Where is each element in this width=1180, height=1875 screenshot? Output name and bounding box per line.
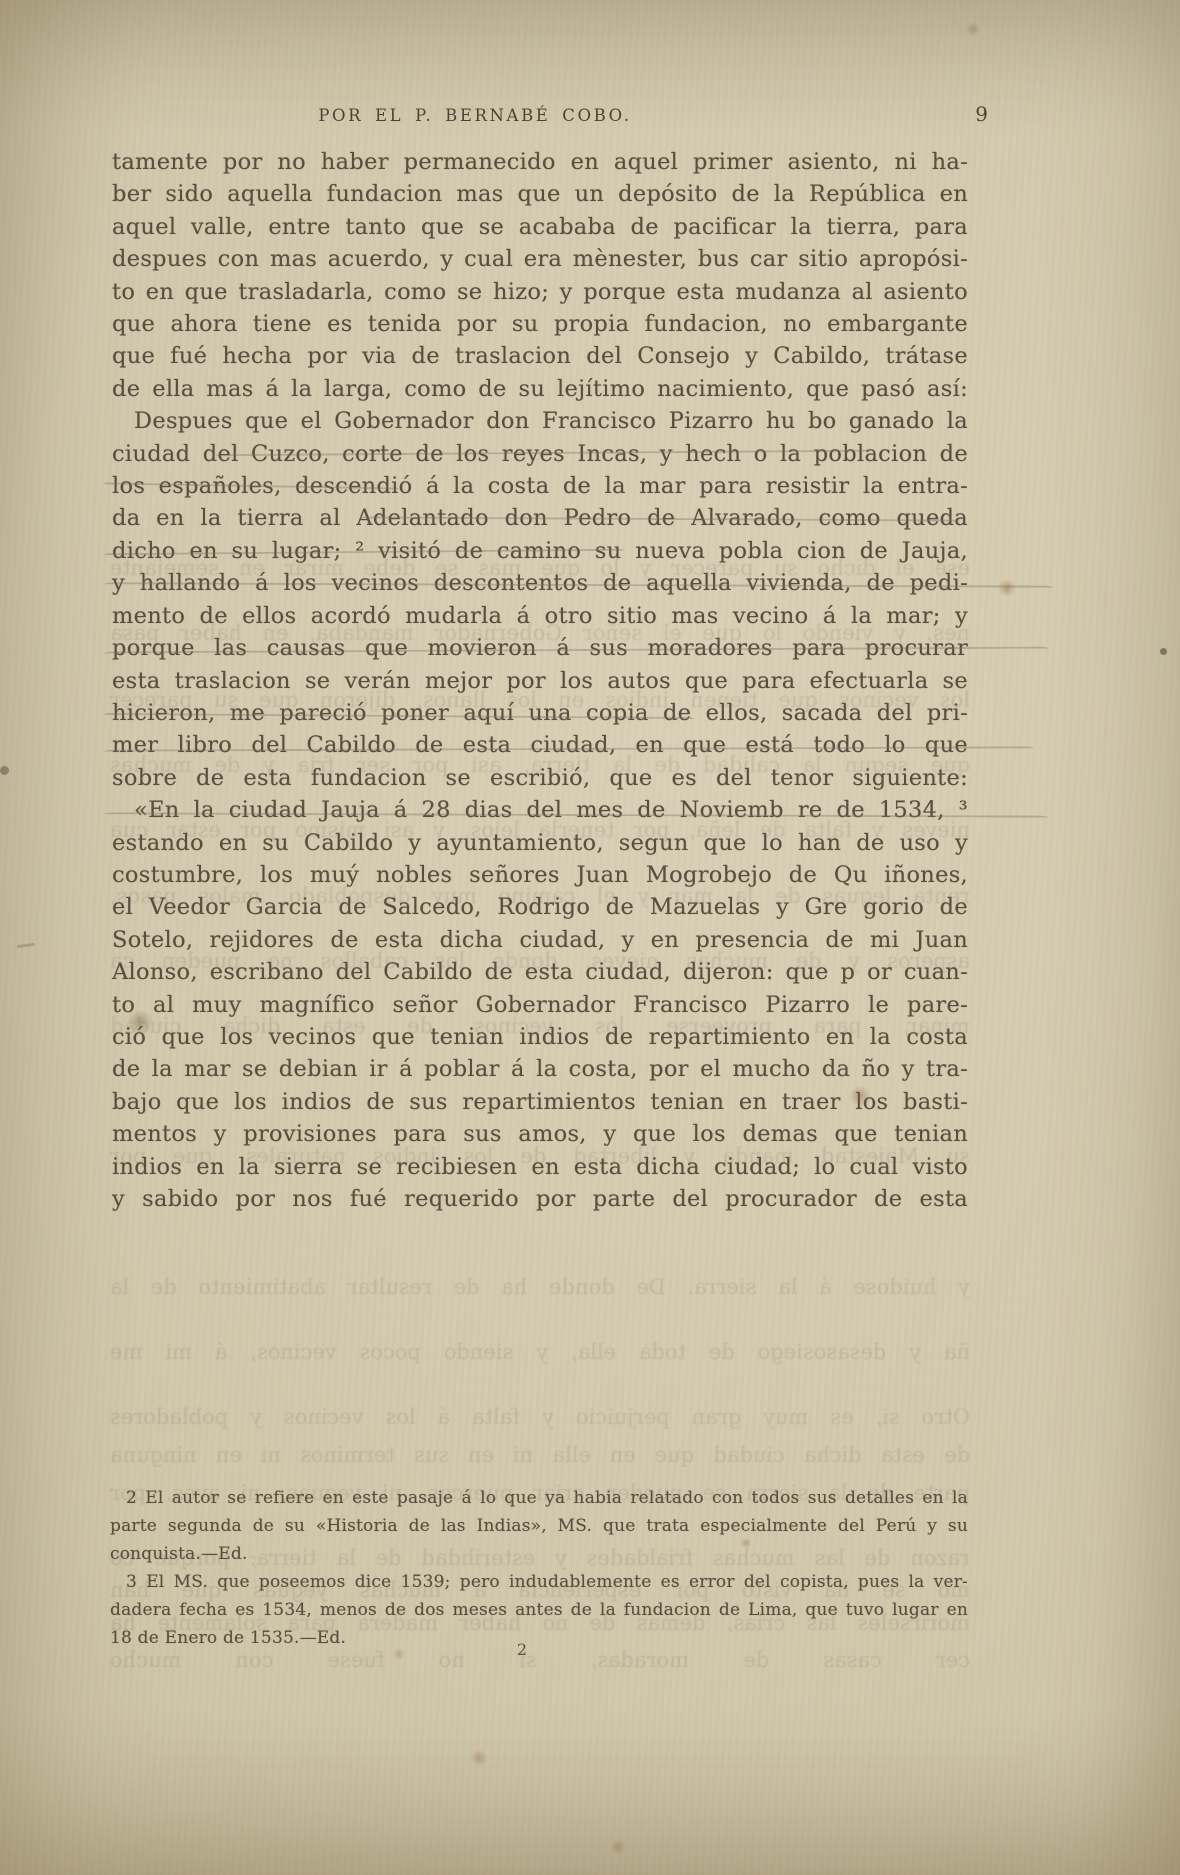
- text-line: estando en su Cabildo y ayuntamiento, se…: [112, 827, 968, 859]
- text-line: Alonso, escribano del Cabildo de esta ci…: [112, 956, 968, 988]
- ink-fleck: [0, 766, 9, 775]
- footnotes: 2 El autor se refiere en este pasaje á l…: [110, 1484, 968, 1652]
- show-through-line: Otro si, es muy gran perjuicio y falta á…: [110, 1405, 970, 1429]
- text-line: porque las causas que movieron á sus mor…: [112, 632, 968, 664]
- running-header: POR EL P. BERNABÉ COBO. 9: [0, 102, 1180, 128]
- text-line: to al muy magnífico señor Gobernador Fra…: [112, 989, 968, 1021]
- footnote: 2 El autor se refiere en este pasaje á l…: [110, 1484, 968, 1568]
- text-line: mer libro del Cabildo de esta ciudad, en…: [112, 729, 968, 761]
- text-line: ciudad del Cuzco, corte de los reyes Inc…: [112, 438, 968, 470]
- text-line: Despues que el Gobernador don Francisco …: [112, 405, 968, 437]
- stain: [997, 580, 1017, 596]
- text-line: y sabido por nos fué requerido por parte…: [112, 1183, 968, 1215]
- text-line: que fué hecha por via de traslacion del …: [112, 340, 968, 372]
- ink-fleck: [1160, 648, 1167, 655]
- text-line: de la mar se debian ir á poblar á la cos…: [112, 1053, 968, 1085]
- show-through-line: ña y desasosiego de toda ella, y siendo …: [110, 1340, 970, 1364]
- text-line: dicho en su lugar; ² visitó de camino su…: [112, 535, 968, 567]
- show-through-line: de esta dicha ciudad que en ella ni en s…: [110, 1443, 970, 1467]
- signature-mark: 2: [112, 1640, 932, 1659]
- text-line: y hallando á los vecinos descontentos de…: [112, 567, 968, 599]
- paragraph: Despues que el Gobernador don Francisco …: [112, 405, 968, 794]
- text-line: hicieron, me pareció poner aquí una copi…: [112, 697, 968, 729]
- text-line: los españoles, descendió á la costa de l…: [112, 470, 968, 502]
- text-line: tamente por no haber permanecido en aque…: [112, 146, 968, 178]
- stain: [470, 1750, 488, 1766]
- text-line: ber sido aquella fundacion mas que un de…: [112, 178, 968, 210]
- pencil-margin-dash: [15, 934, 34, 948]
- text-line: Sotelo, rejidores de esta dicha ciudad, …: [112, 924, 968, 956]
- text-line: ció que los vecinos que tenian indios de…: [112, 1021, 968, 1053]
- show-through-line: y huidose á la sierra. De donde ha de re…: [110, 1275, 970, 1299]
- paragraph: «En la ciudad Jauja á 28 dias del mes de…: [112, 794, 968, 1215]
- text-line: «En la ciudad Jauja á 28 dias del mes de…: [112, 794, 968, 826]
- text-line: bajo que los indios de sus repartimiento…: [112, 1086, 968, 1118]
- text-line: da en la tierra al Adelantado don Pedro …: [112, 502, 968, 534]
- text-line: despues con mas acuerdo, y cual era mène…: [112, 243, 968, 275]
- text-line: que ahora tiene es tenida por su propia …: [112, 308, 968, 340]
- text-line: aquel valle, entre tanto que se acababa …: [112, 211, 968, 243]
- paragraph: tamente por no haber permanecido en aque…: [112, 146, 968, 405]
- footnote-line: parte segunda de su «Historia de las Ind…: [110, 1512, 968, 1540]
- text-line: indios en la sierra se recibiesen en est…: [112, 1151, 968, 1183]
- footnote-line: dadera fecha es 1534, menos de dos meses…: [110, 1596, 968, 1624]
- stain: [610, 1840, 626, 1854]
- text-line: el Veedor Garcia de Salcedo, Rodrigo de …: [112, 891, 968, 923]
- footnote-line: conquista.—Ed.: [110, 1540, 968, 1568]
- stain: [965, 22, 981, 36]
- text-line: de ella mas á la larga, como de su lejít…: [112, 373, 968, 405]
- text-line: esta traslacion se verán mejor por los a…: [112, 665, 968, 697]
- book-page: ese el dicho su parecer y lo que mas se …: [0, 0, 1180, 1875]
- text-line: to en que trasladarla, como se hizo; y p…: [112, 276, 968, 308]
- text-block: tamente por no haber permanecido en aque…: [112, 146, 968, 1215]
- text-line: costumbre, los muý nobles señores Juan M…: [112, 859, 968, 891]
- text-line: mento de ellos acordó mudarla á otro sit…: [112, 600, 968, 632]
- page-number: 9: [975, 102, 988, 126]
- footnote-line: 2 El autor se refiere en este pasaje á l…: [110, 1484, 968, 1512]
- footnote-line: 3 El MS. que poseemos dice 1539; pero in…: [110, 1568, 968, 1596]
- text-line: sobre de esta fundacion se escribió, que…: [112, 762, 968, 794]
- page-header-title: POR EL P. BERNABÉ COBO.: [0, 106, 950, 125]
- text-line: mentos y provisiones para sus amos, y qu…: [112, 1118, 968, 1150]
